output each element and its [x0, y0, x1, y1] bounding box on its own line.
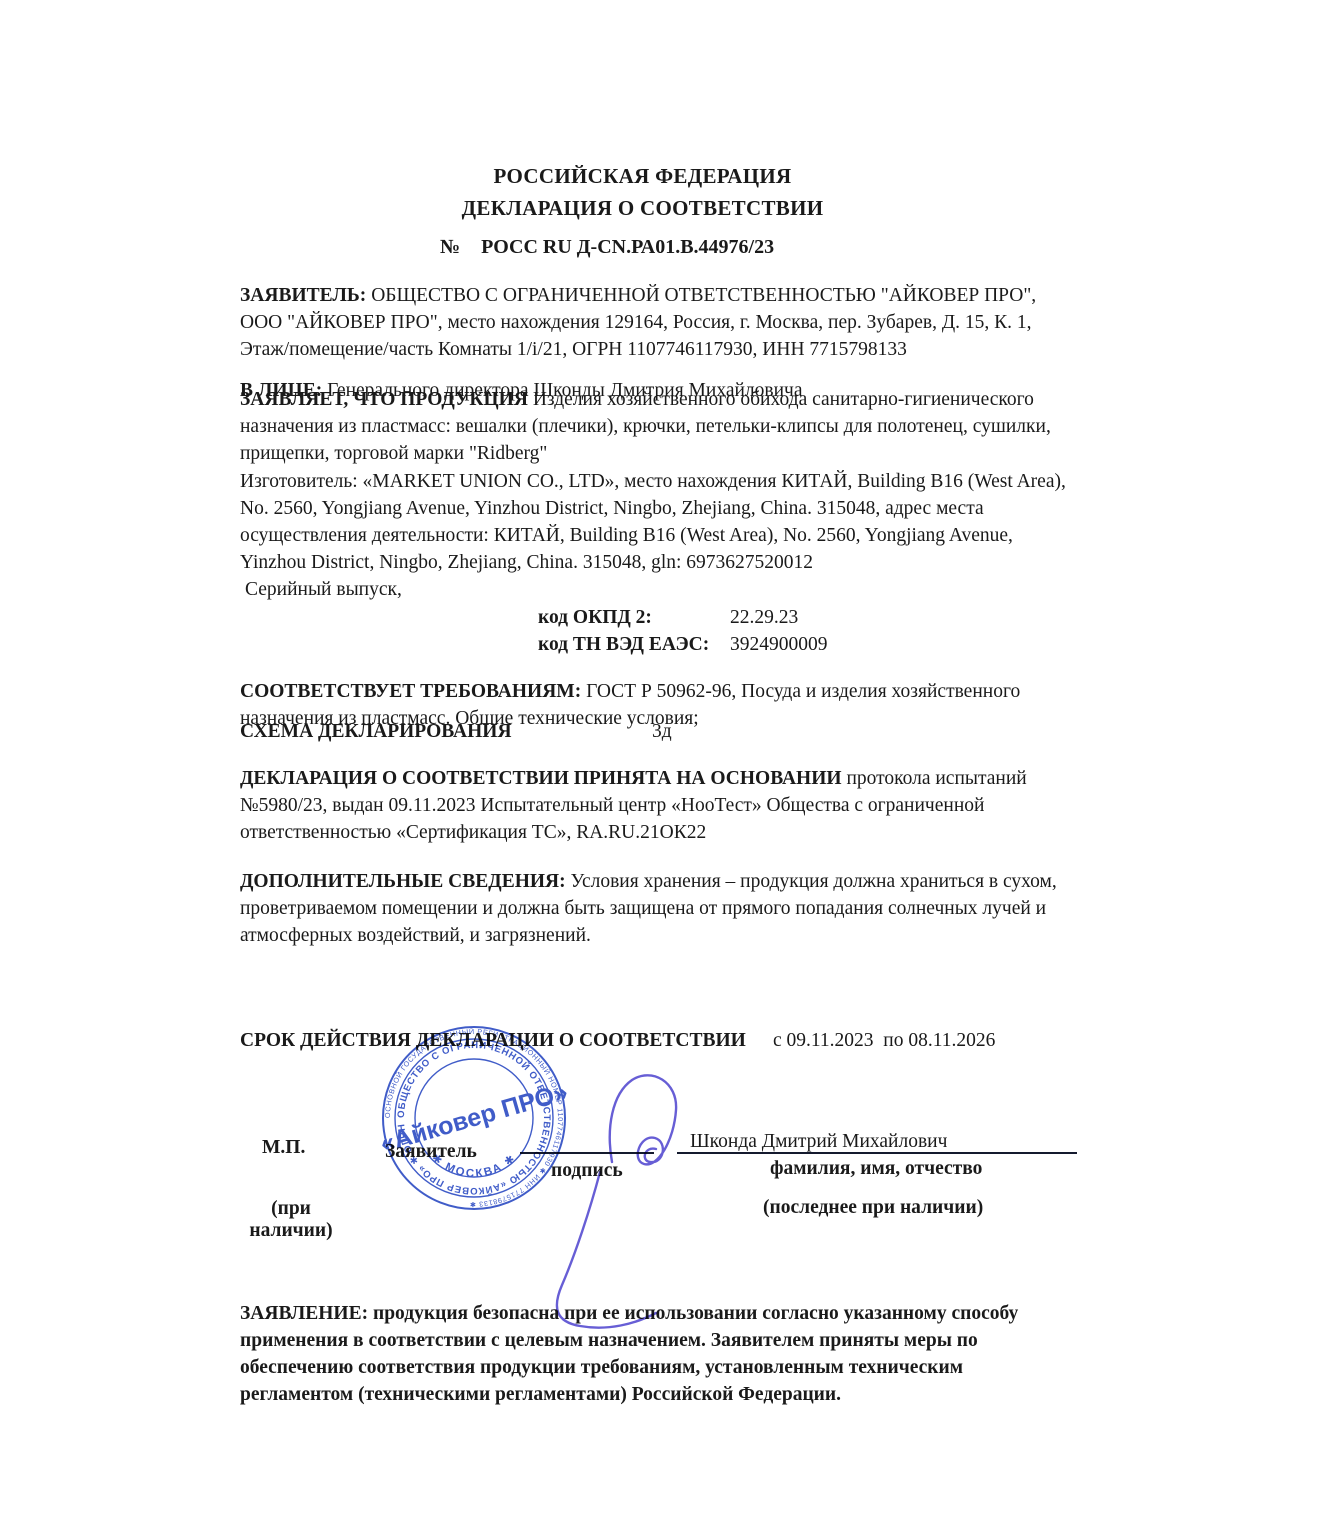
product-block: ЗАЯВЛЯЕТ, ЧТО ПРОДУКЦИЯ Изделия хозяйств…	[240, 386, 1083, 604]
declaration-document: РОССИЙСКАЯ ФЕДЕРАЦИЯ ДЕКЛАРАЦИЯ О СООТВЕ…	[0, 0, 1318, 1534]
serial-issue-line: Серийный выпуск,	[240, 576, 1083, 603]
okpd-label: код ОКПД 2:	[538, 604, 652, 631]
handwritten-signature	[557, 1075, 676, 1327]
number-sign: №	[440, 236, 460, 258]
statement-label: ЗАЯВЛЕНИЕ:	[240, 1303, 368, 1324]
applicant-label: ЗАЯВИТЕЛЬ:	[240, 285, 366, 306]
stamp-note: (при наличии)	[236, 1198, 346, 1242]
complies-label: СООТВЕТСТВУЕТ ТРЕБОВАНИЯМ:	[240, 681, 581, 702]
document-title: ДЕКЛАРАЦИЯ О СООТВЕТСТВИИ	[240, 196, 1045, 221]
okpd-code-row: код ОКПД 2: 22.29.23	[240, 604, 1083, 631]
declares-paragraph: ЗАЯВЛЯЕТ, ЧТО ПРОДУКЦИЯ Изделия хозяйств…	[240, 386, 1083, 468]
country-title: РОССИЙСКАЯ ФЕДЕРАЦИЯ	[240, 164, 1045, 189]
scheme-value: 3д	[652, 718, 672, 745]
declaration-number: РОСС RU Д-CN.РА01.В.44976/23	[481, 236, 774, 258]
scheme-label: СХЕМА ДЕКЛАРИРОВАНИЯ	[240, 721, 512, 742]
tnved-code-row: код ТН ВЭД ЕАЭС: 3924900009	[240, 631, 1083, 658]
declaration-number-line: № РОСС RU Д-CN.РА01.В.44976/23	[440, 236, 774, 259]
okpd-value: 22.29.23	[730, 604, 798, 631]
signer-name: Шконда Дмитрий Михайлович	[690, 1131, 947, 1153]
scheme-line: СХЕМА ДЕКЛАРИРОВАНИЯ 3д	[240, 718, 1083, 745]
additional-label: ДОПОЛНИТЕЛЬНЫЕ СВЕДЕНИЯ:	[240, 871, 566, 892]
tnved-value: 3924900009	[730, 631, 828, 658]
applicant-paragraph: ЗАЯВИТЕЛЬ: ОБЩЕСТВО С ОГРАНИЧЕННОЙ ОТВЕТ…	[240, 282, 1083, 364]
declares-label: ЗАЯВЛЯЕТ, ЧТО ПРОДУКЦИЯ	[240, 389, 528, 410]
stamp-city-text: ✱ МОСКВА ✱	[429, 1152, 519, 1180]
codes-block: код ОКПД 2: 22.29.23 код ТН ВЭД ЕАЭС: 39…	[240, 604, 1083, 658]
validity-dates: с 09.11.2023 по 08.11.2026	[773, 1027, 995, 1054]
name-line	[677, 1152, 1077, 1154]
additional-info-paragraph: ДОПОЛНИТЕЛЬНЫЕ СВЕДЕНИЯ: Условия хранени…	[240, 868, 1083, 950]
stamp-place-label: М.П.	[262, 1137, 305, 1159]
tnved-label: код ТН ВЭД ЕАЭС:	[538, 631, 709, 658]
company-stamp: ОСНОВНОЙ ГОСУДАРСТВЕННЫЙ РЕГИСТРАЦИОННЫЙ…	[360, 1010, 700, 1350]
manufacturer-paragraph: Изготовитель: «MARKET UNION CO., LTD», м…	[240, 468, 1083, 577]
basis-label: ДЕКЛАРАЦИЯ О СООТВЕТСТВИИ ПРИНЯТА НА ОСН…	[240, 768, 842, 789]
basis-paragraph: ДЕКЛАРАЦИЯ О СООТВЕТСТВИИ ПРИНЯТА НА ОСН…	[240, 765, 1083, 847]
name-note: (последнее при наличии)	[763, 1197, 983, 1219]
name-caption: фамилия, имя, отчество	[770, 1158, 982, 1180]
